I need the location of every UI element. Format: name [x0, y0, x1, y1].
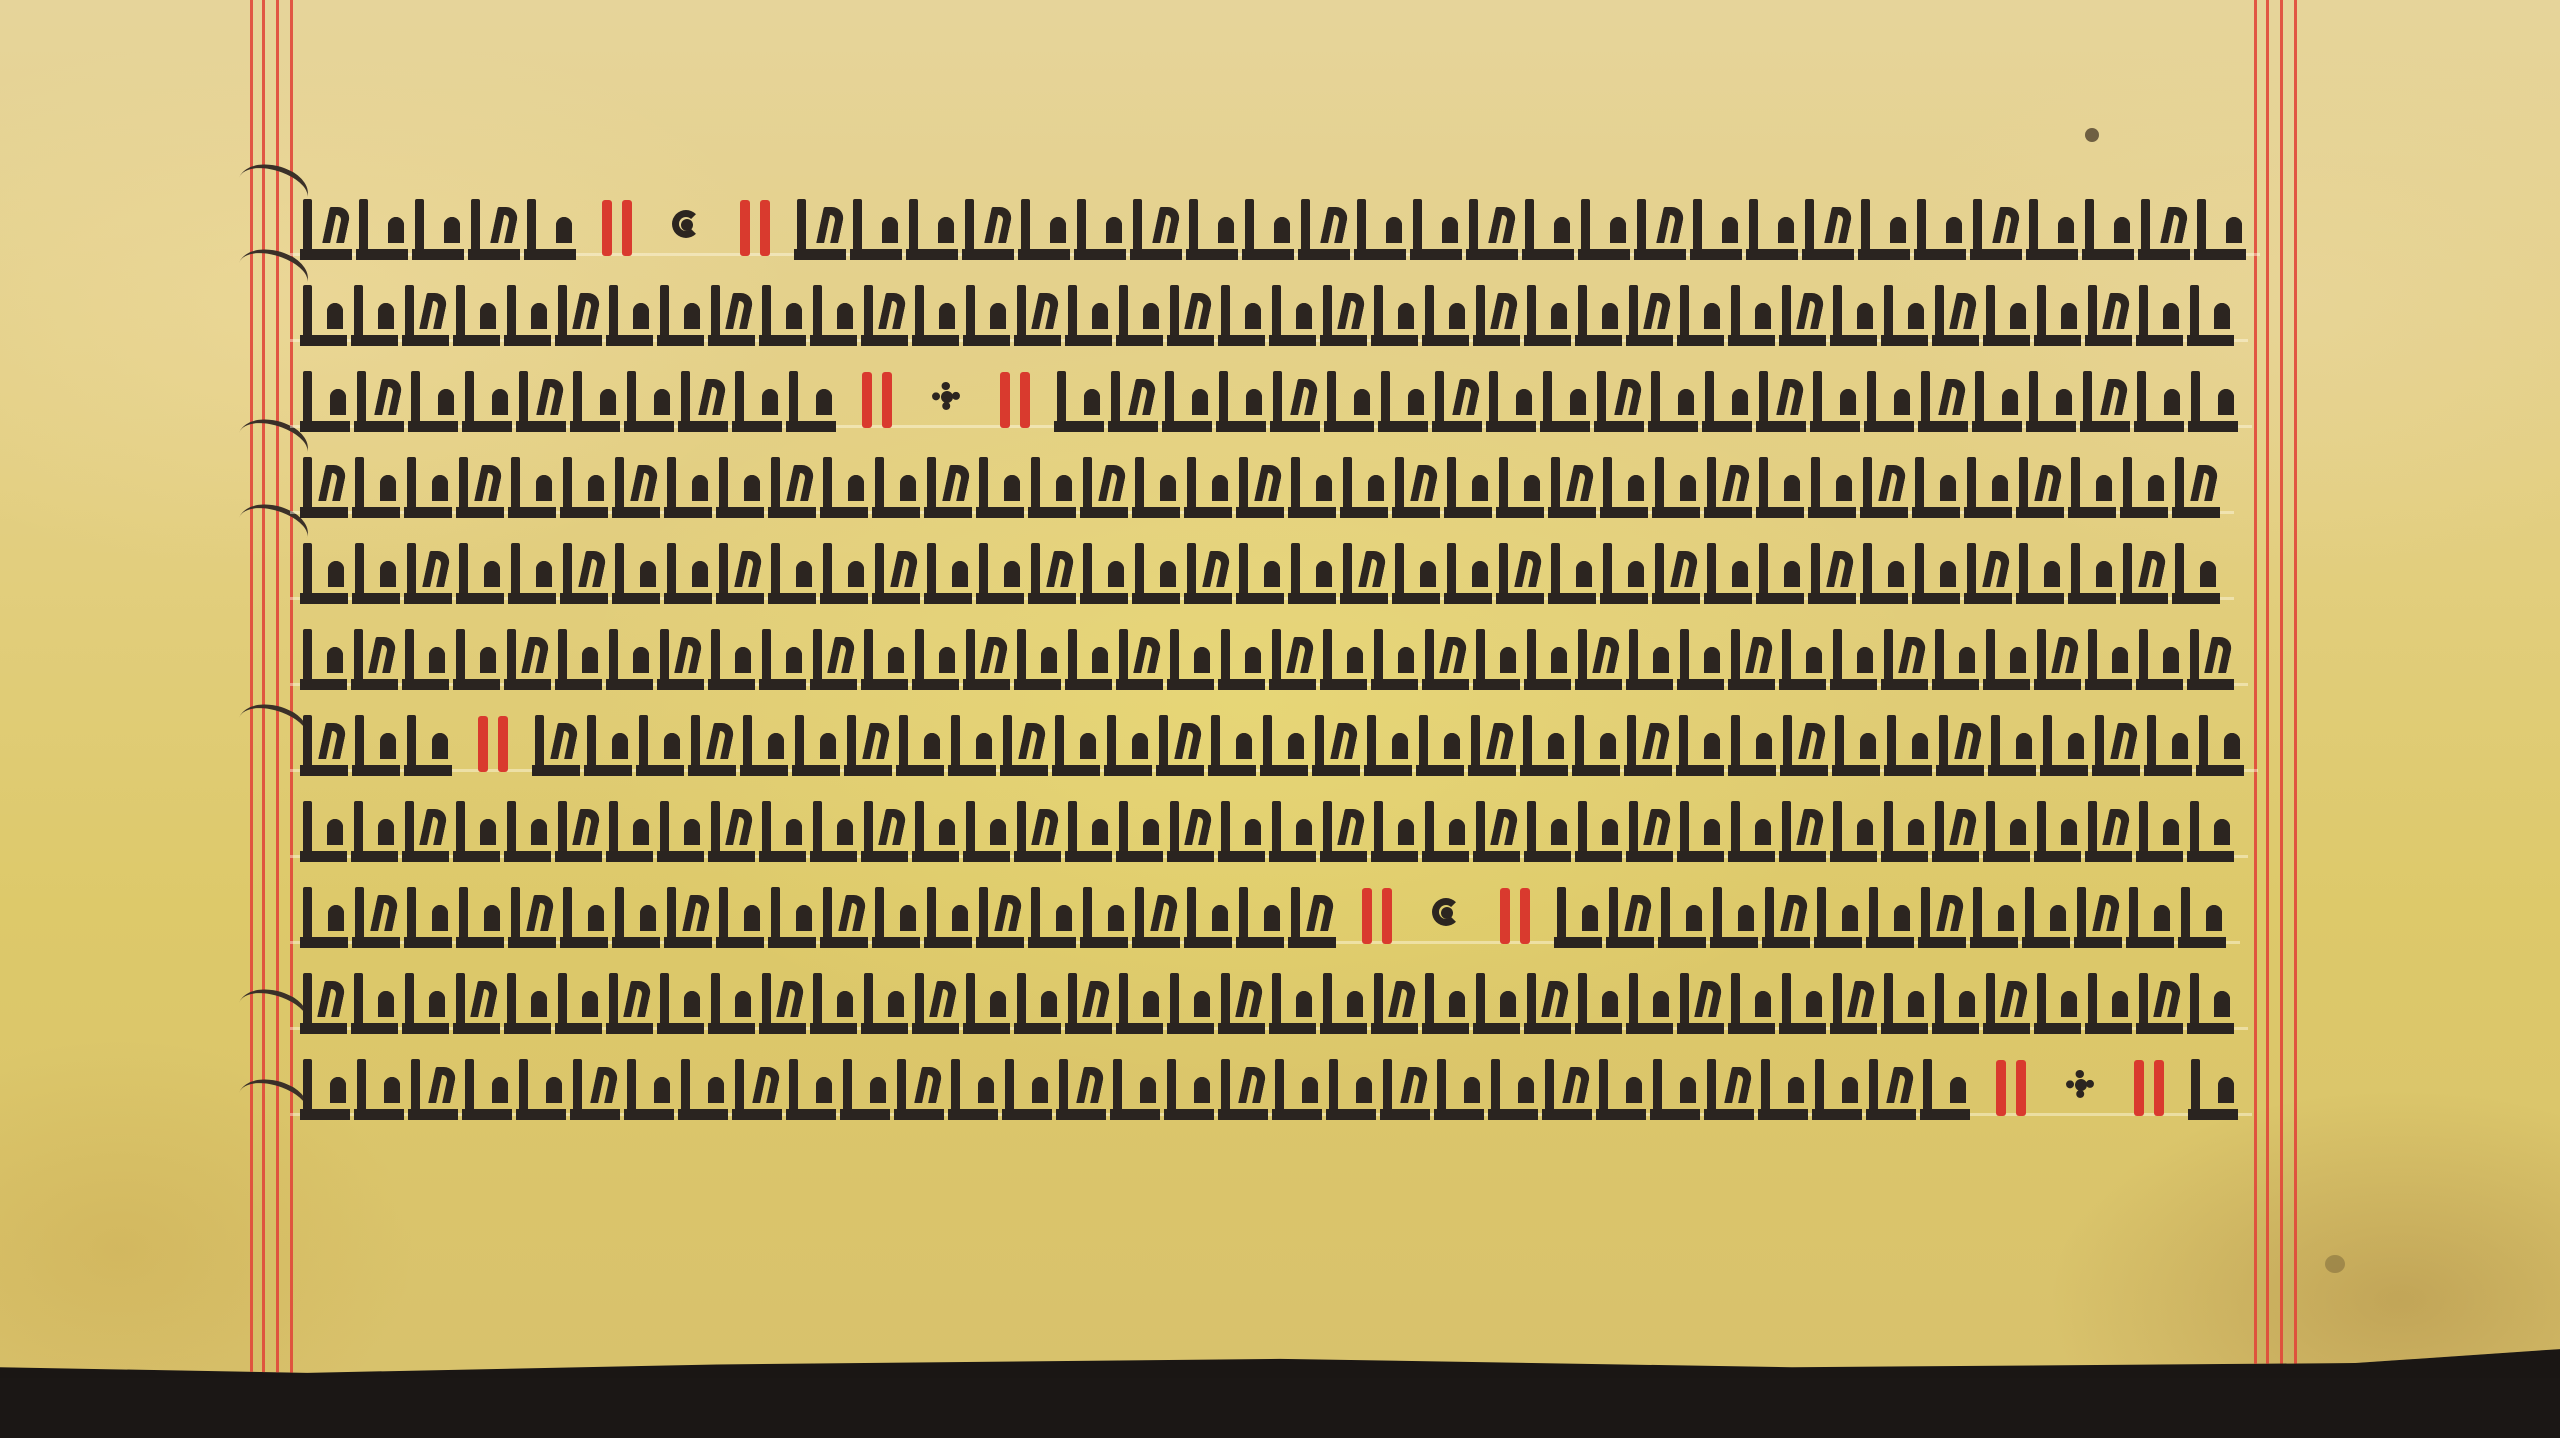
akshara-glyph — [1104, 718, 1152, 776]
akshara-glyph — [456, 890, 504, 948]
akshara-glyph — [1548, 546, 1596, 604]
akshara-glyph — [1606, 890, 1654, 948]
akshara-glyph — [1014, 288, 1061, 346]
akshara-glyph — [1864, 374, 1914, 432]
akshara-glyph — [740, 718, 788, 776]
akshara-glyph — [1728, 632, 1775, 690]
akshara-glyph — [516, 1062, 566, 1120]
akshara-glyph — [300, 890, 348, 948]
akshara-glyph — [924, 890, 972, 948]
akshara-glyph — [716, 890, 764, 948]
akshara-glyph — [1936, 718, 1984, 776]
akshara-glyph — [300, 288, 347, 346]
akshara-glyph — [453, 804, 500, 862]
akshara-glyph — [351, 804, 398, 862]
akshara-glyph — [1018, 202, 1070, 260]
akshara-glyph — [1866, 1062, 1916, 1120]
akshara-glyph — [1830, 804, 1877, 862]
akshara-glyph — [1808, 546, 1856, 604]
akshara-glyph — [894, 1062, 944, 1120]
akshara-glyph — [678, 1062, 728, 1120]
akshara-glyph — [1912, 460, 1960, 518]
margin-rule-line — [2294, 0, 2297, 1380]
akshara-glyph — [1881, 288, 1928, 346]
akshara-glyph — [352, 718, 400, 776]
akshara-glyph — [1578, 202, 1630, 260]
akshara-glyph — [404, 718, 452, 776]
akshara-glyph — [963, 804, 1010, 862]
akshara-glyph — [664, 460, 712, 518]
akshara-glyph — [1575, 288, 1622, 346]
akshara-glyph — [1186, 202, 1238, 260]
akshara-glyph — [402, 632, 449, 690]
akshara-glyph — [1650, 1062, 1700, 1120]
akshara-glyph — [1466, 202, 1518, 260]
manuscript-folio — [0, 0, 2560, 1398]
akshara-glyph — [1110, 1062, 1160, 1120]
ring-symbol-icon — [922, 368, 972, 428]
akshara-glyph — [1434, 1062, 1484, 1120]
red-double-danda — [2130, 1054, 2170, 1116]
akshara-glyph — [820, 460, 868, 518]
akshara-glyph — [1677, 632, 1724, 690]
akshara-glyph — [792, 718, 840, 776]
dark-background-cloth — [0, 1378, 2560, 1438]
akshara-glyph — [532, 718, 580, 776]
akshara-glyph — [1690, 202, 1742, 260]
akshara-glyph — [1779, 632, 1826, 690]
om-symbol-icon — [1422, 884, 1472, 944]
akshara-glyph — [1779, 976, 1826, 1034]
akshara-glyph — [1269, 632, 1316, 690]
akshara-glyph — [1052, 718, 1100, 776]
akshara-glyph — [1324, 374, 1374, 432]
akshara-glyph — [2040, 718, 2088, 776]
akshara-glyph — [1116, 632, 1163, 690]
script-line — [300, 276, 2238, 346]
akshara-glyph — [844, 718, 892, 776]
akshara-glyph — [2026, 374, 2076, 432]
akshara-glyph — [1208, 718, 1256, 776]
akshara-glyph — [1272, 1062, 1322, 1120]
akshara-glyph — [1779, 288, 1826, 346]
akshara-glyph — [504, 804, 551, 862]
akshara-glyph — [1432, 374, 1482, 432]
akshara-glyph — [1626, 288, 1673, 346]
akshara-glyph — [1410, 202, 1462, 260]
akshara-glyph — [1626, 976, 1673, 1034]
akshara-glyph — [768, 890, 816, 948]
akshara-glyph — [300, 374, 350, 432]
akshara-glyph — [1983, 804, 2030, 862]
akshara-glyph — [404, 460, 452, 518]
akshara-glyph — [1728, 804, 1775, 862]
akshara-glyph — [2034, 632, 2081, 690]
akshara-glyph — [2194, 202, 2246, 260]
akshara-glyph — [2178, 890, 2226, 948]
akshara-glyph — [570, 1062, 620, 1120]
akshara-glyph — [1354, 202, 1406, 260]
akshara-glyph — [1218, 632, 1265, 690]
akshara-glyph — [1830, 632, 1877, 690]
akshara-glyph — [624, 1062, 674, 1120]
akshara-glyph — [1320, 976, 1367, 1034]
akshara-glyph — [2068, 460, 2116, 518]
akshara-glyph — [1932, 976, 1979, 1034]
akshara-glyph — [402, 288, 449, 346]
akshara-glyph — [1860, 460, 1908, 518]
akshara-glyph — [963, 288, 1010, 346]
akshara-glyph — [732, 374, 782, 432]
akshara-glyph — [1065, 976, 1112, 1034]
akshara-glyph — [1626, 804, 1673, 862]
akshara-glyph — [2120, 460, 2168, 518]
akshara-glyph — [456, 546, 504, 604]
akshara-glyph — [1014, 976, 1061, 1034]
akshara-glyph — [2196, 718, 2244, 776]
akshara-glyph — [2034, 288, 2081, 346]
akshara-glyph — [555, 976, 602, 1034]
akshara-glyph — [732, 1062, 782, 1120]
akshara-glyph — [912, 804, 959, 862]
akshara-glyph — [356, 202, 408, 260]
akshara-glyph — [1269, 976, 1316, 1034]
script-line — [300, 964, 2238, 1034]
akshara-glyph — [1236, 546, 1284, 604]
akshara-glyph — [1132, 890, 1180, 948]
red-double-danda — [736, 194, 776, 256]
akshara-glyph — [1473, 632, 1520, 690]
akshara-glyph — [1728, 718, 1776, 776]
akshara-glyph — [657, 632, 704, 690]
akshara-glyph — [2092, 718, 2140, 776]
akshara-glyph — [1371, 288, 1418, 346]
akshara-glyph — [1392, 546, 1440, 604]
akshara-glyph — [1167, 976, 1214, 1034]
akshara-glyph — [408, 374, 458, 432]
akshara-glyph — [1540, 374, 1590, 432]
akshara-glyph — [1832, 718, 1880, 776]
akshara-glyph — [402, 804, 449, 862]
akshara-glyph — [1704, 546, 1752, 604]
akshara-glyph — [2187, 288, 2234, 346]
akshara-glyph — [412, 202, 464, 260]
akshara-glyph — [1676, 718, 1724, 776]
akshara-glyph — [1964, 460, 2012, 518]
akshara-glyph — [1218, 976, 1265, 1034]
script-line — [300, 1050, 2242, 1120]
akshara-glyph — [2187, 632, 2234, 690]
akshara-glyph — [2134, 374, 2184, 432]
akshara-glyph — [1572, 718, 1620, 776]
akshara-glyph — [1380, 1062, 1430, 1120]
akshara-glyph — [352, 460, 400, 518]
akshara-glyph — [1116, 288, 1163, 346]
akshara-glyph — [2068, 546, 2116, 604]
akshara-glyph — [2085, 976, 2132, 1034]
red-double-danda — [996, 366, 1036, 428]
akshara-glyph — [1132, 546, 1180, 604]
akshara-glyph — [2085, 804, 2132, 862]
akshara-glyph — [962, 202, 1014, 260]
akshara-glyph — [1524, 976, 1571, 1034]
akshara-glyph — [1074, 202, 1126, 260]
akshara-glyph — [1288, 546, 1336, 604]
akshara-glyph — [1575, 804, 1622, 862]
akshara-glyph — [2138, 202, 2190, 260]
akshara-glyph — [2026, 202, 2078, 260]
akshara-glyph — [1054, 374, 1104, 432]
ring-symbol-icon — [2056, 1056, 2106, 1116]
script-line — [300, 534, 2224, 604]
akshara-glyph — [1802, 202, 1854, 260]
akshara-glyph — [786, 374, 836, 432]
akshara-glyph — [1014, 632, 1061, 690]
akshara-glyph — [1371, 976, 1418, 1034]
akshara-glyph — [1184, 460, 1232, 518]
akshara-glyph — [1218, 288, 1265, 346]
akshara-glyph — [1634, 202, 1686, 260]
akshara-glyph — [1918, 890, 1966, 948]
akshara-glyph — [1918, 374, 1968, 432]
akshara-glyph — [1167, 288, 1214, 346]
akshara-glyph — [810, 288, 857, 346]
akshara-glyph — [1065, 288, 1112, 346]
akshara-glyph — [1162, 374, 1212, 432]
akshara-glyph — [1116, 804, 1163, 862]
akshara-glyph — [1488, 1062, 1538, 1120]
akshara-glyph — [657, 804, 704, 862]
akshara-glyph — [606, 288, 653, 346]
akshara-glyph — [1808, 460, 1856, 518]
akshara-glyph — [1988, 718, 2036, 776]
akshara-glyph — [820, 546, 868, 604]
akshara-glyph — [768, 460, 816, 518]
akshara-glyph — [1065, 804, 1112, 862]
akshara-glyph — [1932, 632, 1979, 690]
akshara-glyph — [708, 804, 755, 862]
akshara-glyph — [1594, 374, 1644, 432]
akshara-glyph — [1486, 374, 1536, 432]
akshara-glyph — [1658, 890, 1706, 948]
akshara-glyph — [504, 288, 551, 346]
akshara-glyph — [1444, 460, 1492, 518]
akshara-glyph — [560, 460, 608, 518]
red-double-danda — [1358, 882, 1398, 944]
akshara-glyph — [716, 460, 764, 518]
akshara-glyph — [912, 976, 959, 1034]
akshara-glyph — [1758, 1062, 1808, 1120]
akshara-glyph — [1326, 1062, 1376, 1120]
akshara-glyph — [1298, 202, 1350, 260]
akshara-glyph — [1600, 546, 1648, 604]
akshara-glyph — [688, 718, 736, 776]
akshara-glyph — [1932, 804, 1979, 862]
akshara-glyph — [1728, 976, 1775, 1034]
akshara-glyph — [924, 546, 972, 604]
akshara-glyph — [810, 976, 857, 1034]
akshara-glyph — [1080, 460, 1128, 518]
akshara-glyph — [1524, 288, 1571, 346]
akshara-glyph — [504, 976, 551, 1034]
akshara-glyph — [1236, 890, 1284, 948]
akshara-glyph — [2016, 460, 2064, 518]
akshara-glyph — [872, 460, 920, 518]
akshara-glyph — [2136, 976, 2183, 1034]
akshara-glyph — [462, 374, 512, 432]
akshara-glyph — [1080, 890, 1128, 948]
akshara-glyph — [963, 976, 1010, 1034]
akshara-glyph — [300, 546, 348, 604]
akshara-glyph — [1881, 976, 1928, 1034]
akshara-glyph — [1065, 632, 1112, 690]
margin-rule-line — [2254, 0, 2257, 1380]
akshara-glyph — [1756, 374, 1806, 432]
akshara-glyph — [906, 202, 958, 260]
akshara-glyph — [2187, 804, 2234, 862]
akshara-glyph — [404, 546, 452, 604]
akshara-glyph — [1884, 718, 1932, 776]
akshara-glyph — [468, 202, 520, 260]
akshara-glyph — [1881, 632, 1928, 690]
akshara-glyph — [759, 976, 806, 1034]
akshara-glyph — [1972, 374, 2022, 432]
akshara-glyph — [1312, 718, 1360, 776]
akshara-glyph — [351, 632, 398, 690]
akshara-glyph — [664, 546, 712, 604]
akshara-glyph — [1830, 976, 1877, 1034]
akshara-glyph — [555, 632, 602, 690]
akshara-glyph — [354, 1062, 404, 1120]
akshara-glyph — [1677, 288, 1724, 346]
akshara-glyph — [1364, 718, 1412, 776]
akshara-glyph — [1524, 804, 1571, 862]
akshara-glyph — [612, 460, 660, 518]
akshara-glyph — [1548, 460, 1596, 518]
akshara-glyph — [1914, 202, 1966, 260]
akshara-glyph — [1970, 202, 2022, 260]
akshara-glyph — [1554, 890, 1602, 948]
akshara-glyph — [300, 202, 352, 260]
akshara-glyph — [1728, 288, 1775, 346]
akshara-glyph — [453, 632, 500, 690]
akshara-glyph — [462, 1062, 512, 1120]
akshara-glyph — [759, 288, 806, 346]
akshara-glyph — [516, 374, 566, 432]
akshara-glyph — [759, 632, 806, 690]
akshara-glyph — [1028, 460, 1076, 518]
akshara-glyph — [1780, 718, 1828, 776]
akshara-glyph — [1762, 890, 1810, 948]
akshara-glyph — [1392, 460, 1440, 518]
akshara-glyph — [1756, 546, 1804, 604]
akshara-glyph — [1444, 546, 1492, 604]
akshara-glyph — [1522, 202, 1574, 260]
akshara-glyph — [1056, 1062, 1106, 1120]
akshara-glyph — [2034, 976, 2081, 1034]
akshara-glyph — [1652, 460, 1700, 518]
akshara-glyph — [1912, 546, 1960, 604]
akshara-glyph — [560, 890, 608, 948]
akshara-glyph — [948, 718, 996, 776]
akshara-glyph — [1496, 546, 1544, 604]
akshara-glyph — [1983, 976, 2030, 1034]
script-line — [300, 878, 2230, 948]
akshara-glyph — [861, 976, 908, 1034]
akshara-glyph — [1596, 1062, 1646, 1120]
akshara-glyph — [1130, 202, 1182, 260]
akshara-glyph — [657, 976, 704, 1034]
margin-rule-line — [2266, 0, 2269, 1380]
akshara-glyph — [1167, 804, 1214, 862]
akshara-glyph — [624, 374, 674, 432]
akshara-glyph — [1028, 890, 1076, 948]
akshara-glyph — [402, 976, 449, 1034]
akshara-glyph — [508, 890, 556, 948]
akshara-glyph — [1524, 632, 1571, 690]
akshara-glyph — [2172, 546, 2220, 604]
ink-spot — [2085, 128, 2099, 142]
akshara-glyph — [1371, 632, 1418, 690]
akshara-glyph — [1002, 1062, 1052, 1120]
akshara-glyph — [1473, 976, 1520, 1034]
akshara-glyph — [351, 288, 398, 346]
akshara-glyph — [1983, 632, 2030, 690]
akshara-glyph — [850, 202, 902, 260]
akshara-glyph — [300, 1062, 350, 1120]
akshara-glyph — [570, 374, 620, 432]
akshara-glyph — [1814, 890, 1862, 948]
akshara-glyph — [1756, 460, 1804, 518]
akshara-glyph — [1422, 976, 1469, 1034]
akshara-glyph — [924, 460, 972, 518]
akshara-glyph — [456, 460, 504, 518]
akshara-glyph — [872, 890, 920, 948]
akshara-glyph — [606, 632, 653, 690]
akshara-glyph — [1236, 460, 1284, 518]
akshara-glyph — [1422, 804, 1469, 862]
akshara-glyph — [636, 718, 684, 776]
script-line — [300, 448, 2224, 518]
akshara-glyph — [2144, 718, 2192, 776]
akshara-glyph — [1858, 202, 1910, 260]
akshara-glyph — [1920, 1062, 1970, 1120]
akshara-glyph — [300, 718, 348, 776]
akshara-glyph — [1269, 804, 1316, 862]
akshara-glyph — [2085, 288, 2132, 346]
akshara-glyph — [1014, 804, 1061, 862]
akshara-glyph — [1704, 460, 1752, 518]
red-double-danda — [598, 194, 638, 256]
akshara-glyph — [664, 890, 712, 948]
akshara-glyph — [1970, 890, 2018, 948]
akshara-glyph — [861, 804, 908, 862]
akshara-glyph — [948, 1062, 998, 1120]
akshara-glyph — [1260, 718, 1308, 776]
akshara-glyph — [1932, 288, 1979, 346]
red-double-danda — [858, 366, 898, 428]
akshara-glyph — [716, 546, 764, 604]
akshara-glyph — [912, 288, 959, 346]
akshara-glyph — [1320, 632, 1367, 690]
red-double-danda — [1496, 882, 1536, 944]
akshara-glyph — [1132, 460, 1180, 518]
akshara-glyph — [1983, 288, 2030, 346]
akshara-glyph — [1028, 546, 1076, 604]
akshara-glyph — [1648, 374, 1698, 432]
akshara-glyph — [1340, 460, 1388, 518]
akshara-glyph — [708, 976, 755, 1034]
